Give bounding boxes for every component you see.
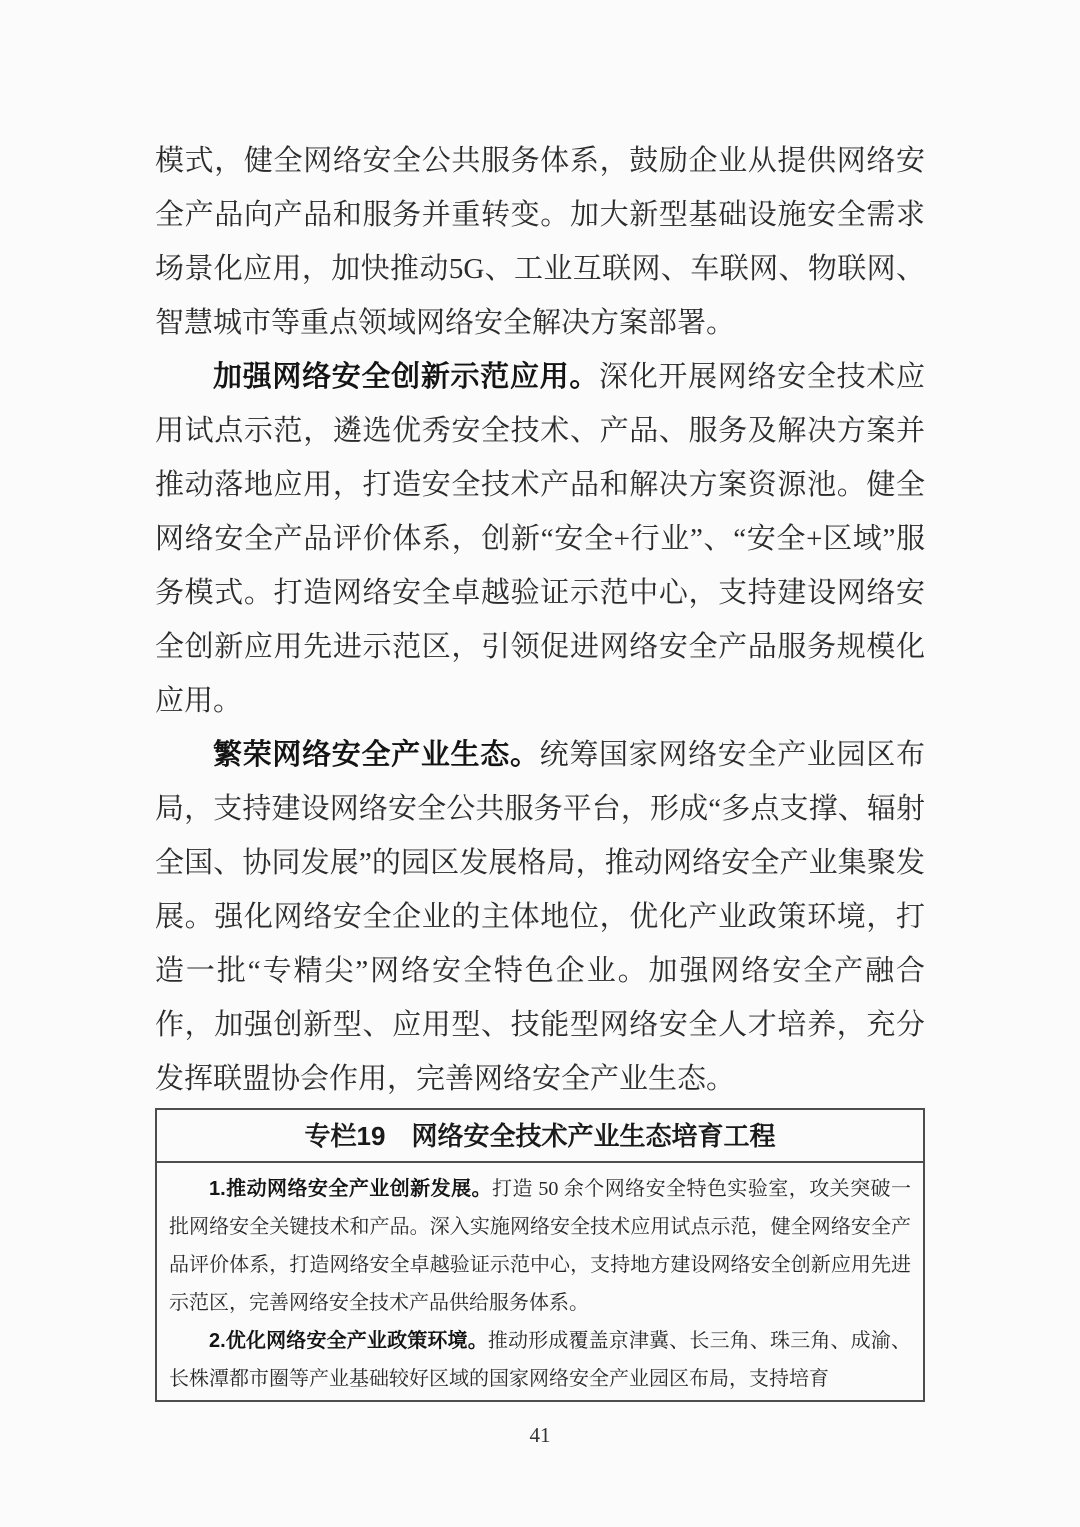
column-box-item-1: 1.推动网络安全产业创新发展。打造 50 余个网络安全特色实验室，攻关突破一批网… (169, 1170, 911, 1322)
column-box-item-2: 2.优化网络安全产业政策环境。推动形成覆盖京津冀、长三角、珠三角、成渝、长株潭都… (169, 1322, 911, 1398)
column-box-title: 专栏19 网络安全技术产业生态培育工程 (157, 1110, 923, 1163)
page-number: 41 (0, 1423, 1080, 1448)
body-paragraph-1: 模式，健全网络安全公共服务体系，鼓励企业从提供网络安全产品向产品和服务并重转变。… (155, 134, 925, 350)
paragraph-text: 深化开展网络安全技术应用试点示范，遴选优秀安全技术、产品、服务及解决方案并推动落… (155, 361, 925, 717)
column-box-body: 1.推动网络安全产业创新发展。打造 50 余个网络安全特色实验室，攻关突破一批网… (157, 1163, 923, 1400)
paragraph-text: 模式，健全网络安全公共服务体系，鼓励企业从提供网络安全产品向产品和服务并重转变。… (155, 145, 925, 339)
body-paragraph-2: 加强网络安全创新示范应用。深化开展网络安全技术应用试点示范，遴选优秀安全技术、产… (155, 350, 925, 728)
page-body: 模式，健全网络安全公共服务体系，鼓励企业从提供网络安全产品向产品和服务并重转变。… (155, 134, 925, 1402)
column-box-item-lead: 1.推动网络安全产业创新发展。 (209, 1178, 492, 1200)
paragraph-text: 统筹国家网络安全产业园区布局，支持建设网络安全公共服务平台，形成“多点支撑、辐射… (155, 739, 925, 1095)
paragraph-lead: 加强网络安全创新示范应用。 (213, 361, 599, 393)
column-box-item-lead: 2.优化网络安全产业政策环境。 (209, 1330, 488, 1352)
column-box-19: 专栏19 网络安全技术产业生态培育工程 1.推动网络安全产业创新发展。打造 50… (155, 1108, 925, 1402)
paragraph-lead: 繁荣网络安全产业生态。 (213, 739, 540, 771)
body-paragraph-3: 繁荣网络安全产业生态。统筹国家网络安全产业园区布局，支持建设网络安全公共服务平台… (155, 728, 925, 1106)
